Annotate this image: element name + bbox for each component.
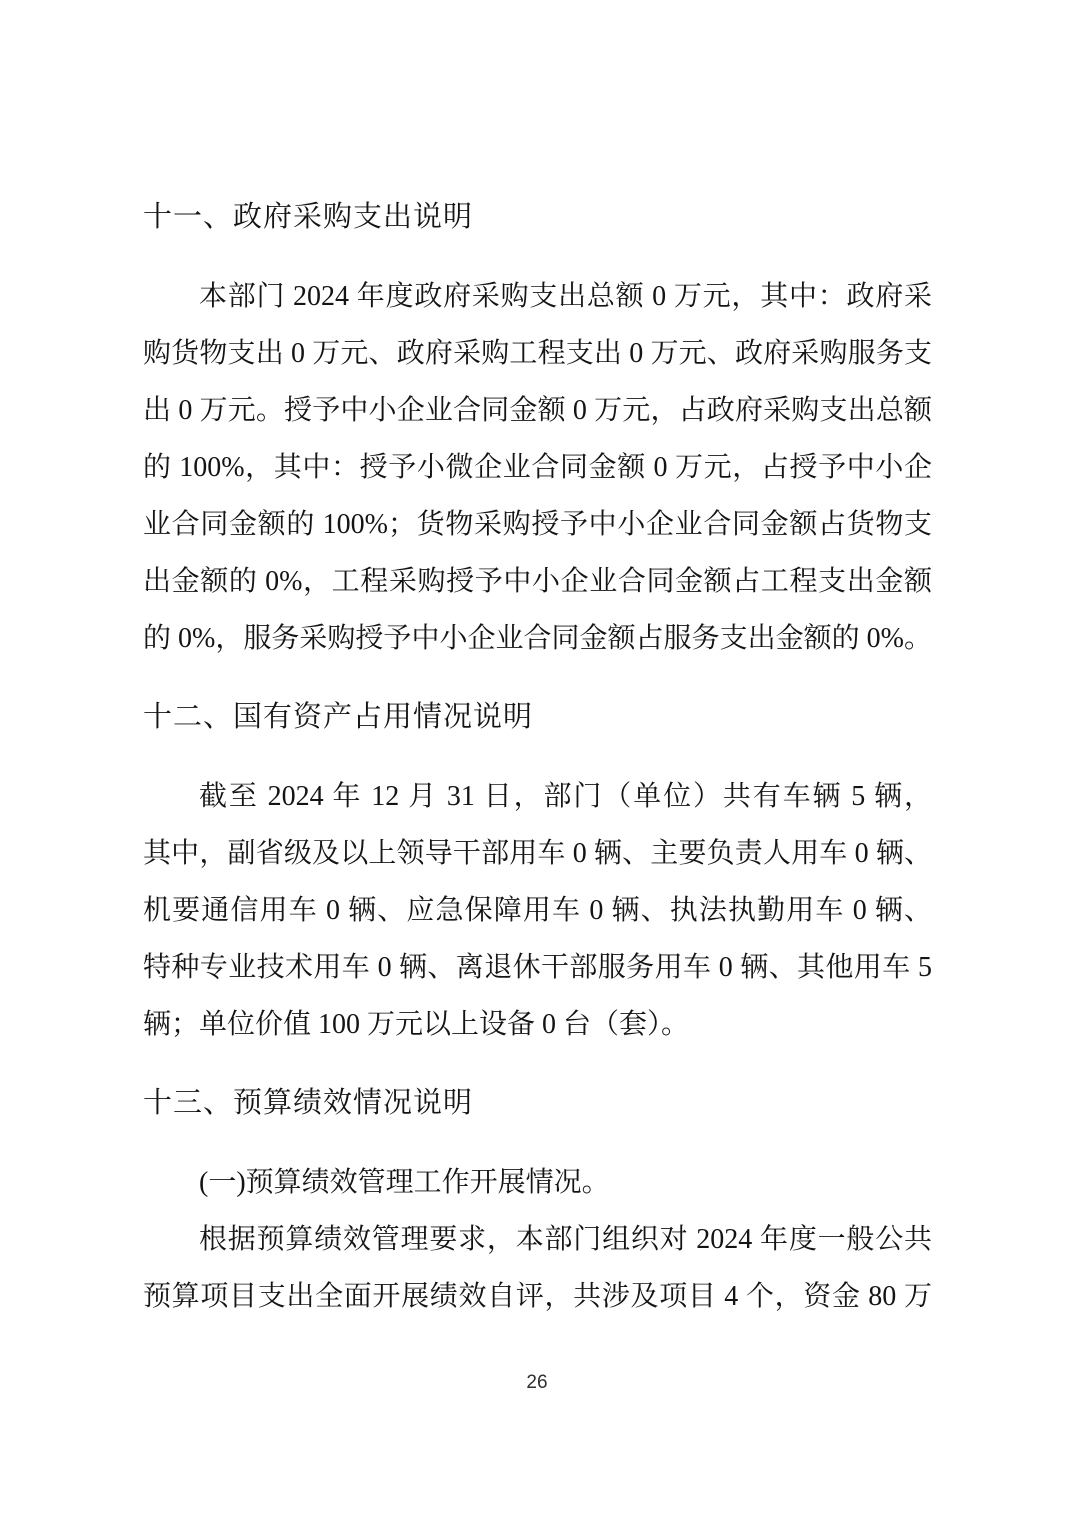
- text-line: 机要通信用车 0 辆、应急保障用车 0 辆、执法执勤用车 0 辆、: [143, 882, 932, 939]
- text-line: 的 0%，服务采购授予中小企业合同金额占服务支出金额的 0%。: [143, 610, 932, 667]
- section-procurement: 十一、政府采购支出说明 本部门 2024 年度政府采购支出总额 0 万元，其中：…: [143, 189, 932, 667]
- text-line: 业合同金额的 100%；货物采购授予中小企业合同金额占货物支: [143, 496, 932, 553]
- text-line: 截至 2024 年 12 月 31 日，部门（单位）共有车辆 5 辆，: [143, 768, 932, 825]
- text-line: 辆；单位价值 100 万元以上设备 0 台（套）。: [143, 996, 932, 1053]
- text-line: 购货物支出 0 万元、政府采购工程支出 0 万元、政府采购服务支: [143, 325, 932, 382]
- section-assets: 十二、国有资产占用情况说明 截至 2024 年 12 月 31 日，部门（单位）…: [143, 689, 932, 1053]
- page-number: 26: [0, 1372, 1074, 1394]
- document-page: { "document": { "page_number": "26", "se…: [0, 0, 1074, 1520]
- section-heading: 十一、政府采购支出说明: [143, 189, 932, 246]
- text-line: (一)预算绩效管理工作开展情况。: [143, 1154, 932, 1211]
- section-heading: 十二、国有资产占用情况说明: [143, 689, 932, 746]
- page-body: 十一、政府采购支出说明 本部门 2024 年度政府采购支出总额 0 万元，其中：…: [0, 0, 1074, 1325]
- text-line: 预算项目支出全面开展绩效自评，共涉及项目 4 个，资金 80 万: [143, 1268, 932, 1325]
- section-performance: 十三、预算绩效情况说明 (一)预算绩效管理工作开展情况。 根据预算绩效管理要求，…: [143, 1075, 932, 1325]
- paragraph: 截至 2024 年 12 月 31 日，部门（单位）共有车辆 5 辆， 其中，副…: [143, 768, 932, 1053]
- section-heading: 十三、预算绩效情况说明: [143, 1075, 932, 1132]
- text-line: 本部门 2024 年度政府采购支出总额 0 万元，其中：政府采: [143, 268, 932, 325]
- text-line: 根据预算绩效管理要求，本部门组织对 2024 年度一般公共: [143, 1211, 932, 1268]
- paragraph: 本部门 2024 年度政府采购支出总额 0 万元，其中：政府采 购货物支出 0 …: [143, 268, 932, 667]
- text-line: 出 0 万元。授予中小企业合同金额 0 万元，占政府采购支出总额: [143, 382, 932, 439]
- text-line: 出金额的 0%，工程采购授予中小企业合同金额占工程支出金额: [143, 553, 932, 610]
- text-line: 的 100%，其中：授予小微企业合同金额 0 万元，占授予中小企: [143, 439, 932, 496]
- text-line: 特种专业技术用车 0 辆、离退休干部服务用车 0 辆、其他用车 5: [143, 939, 932, 996]
- text-line: 其中，副省级及以上领导干部用车 0 辆、主要负责人用车 0 辆、: [143, 825, 932, 882]
- paragraph: (一)预算绩效管理工作开展情况。 根据预算绩效管理要求，本部门组织对 2024 …: [143, 1154, 932, 1325]
